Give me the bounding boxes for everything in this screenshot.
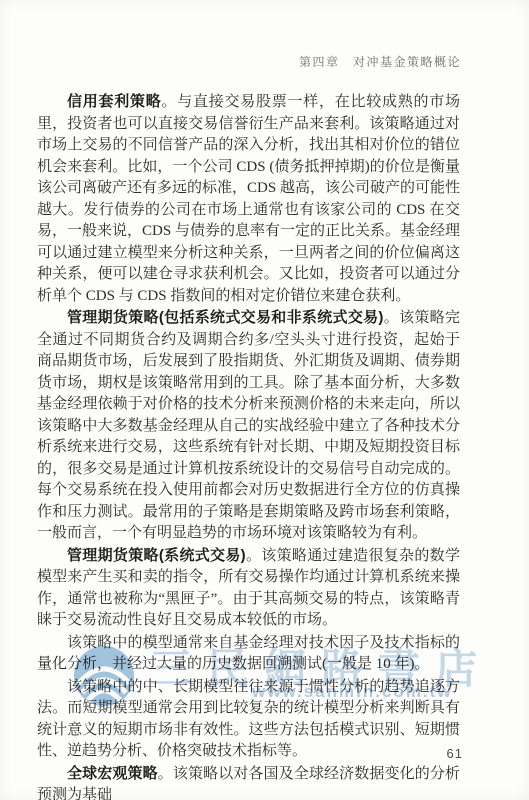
book-page: 第四章 对冲基金策略概论 信用套利策略。与直接交易股票一样，在比较成熟的市场里，… — [0, 0, 529, 800]
lead-separator: 。 — [158, 766, 173, 782]
lead-separator: 。 — [383, 310, 399, 326]
paragraph-model-types: 该策略中的中、长期模型往往来源于惯性分析的趋势追逐方法。而短期模型通常会用到比较… — [37, 676, 460, 763]
paragraph-lead: 管理期货策略(系统式交易) — [67, 547, 246, 564]
running-header: 第四章 对冲基金策略概论 — [299, 53, 461, 70]
paragraph-lead: 全球宏观策略 — [67, 765, 158, 782]
paragraph-text: 该策略完全通过不同期货合约及调期合约多/空头头寸进行投资，起始于商品期货市场，后… — [37, 310, 460, 541]
paragraph-systematic-trading: 管理期货策略(系统式交易)。该策略通过建造很复杂的数学模型来产生买和卖的指令，所… — [37, 545, 460, 632]
paragraph-lead: 信用套利策略 — [67, 93, 162, 110]
lead-separator: 。 — [162, 94, 178, 110]
paragraph-credit-arbitrage: 信用套利策略。与直接交易股票一样，在比较成熟的市场里，投资者也可以直接交易信誉衍… — [37, 91, 460, 307]
paragraph-lead: 管理期货策略(包括系统式交易和非系统式交易) — [67, 309, 383, 326]
paragraph-model-backtest: 该策略中的模型通常来自基金经理对技术因子及技术指标的量化分析，并经过大量的历史数… — [37, 632, 460, 676]
paragraph-text: 该策略中的模型通常来自基金经理对技术因子及技术指标的量化分析，并经过大量的历史数… — [37, 635, 460, 673]
paragraph-text: 该策略中的中、长期模型往往来源于惯性分析的趋势追逐方法。而短期模型通常会用到比较… — [37, 679, 460, 760]
page-body: 信用套利策略。与直接交易股票一样，在比较成熟的市场里，投资者也可以直接交易信誉衍… — [37, 91, 460, 800]
page-number: 61 — [447, 746, 463, 761]
lead-separator: 。 — [246, 548, 262, 564]
paragraph-global-macro: 全球宏观策略。该策略以对各国及全球经济数据变化的分析预测为基础 — [37, 763, 460, 800]
paragraph-text: 与直接交易股票一样，在比较成熟的市场里，投资者也可以直接交易信誉衍生产品来套利。… — [37, 94, 460, 304]
paragraph-managed-futures: 管理期货策略(包括系统式交易和非系统式交易)。该策略完全通过不同期货合约及调期合… — [37, 307, 460, 545]
